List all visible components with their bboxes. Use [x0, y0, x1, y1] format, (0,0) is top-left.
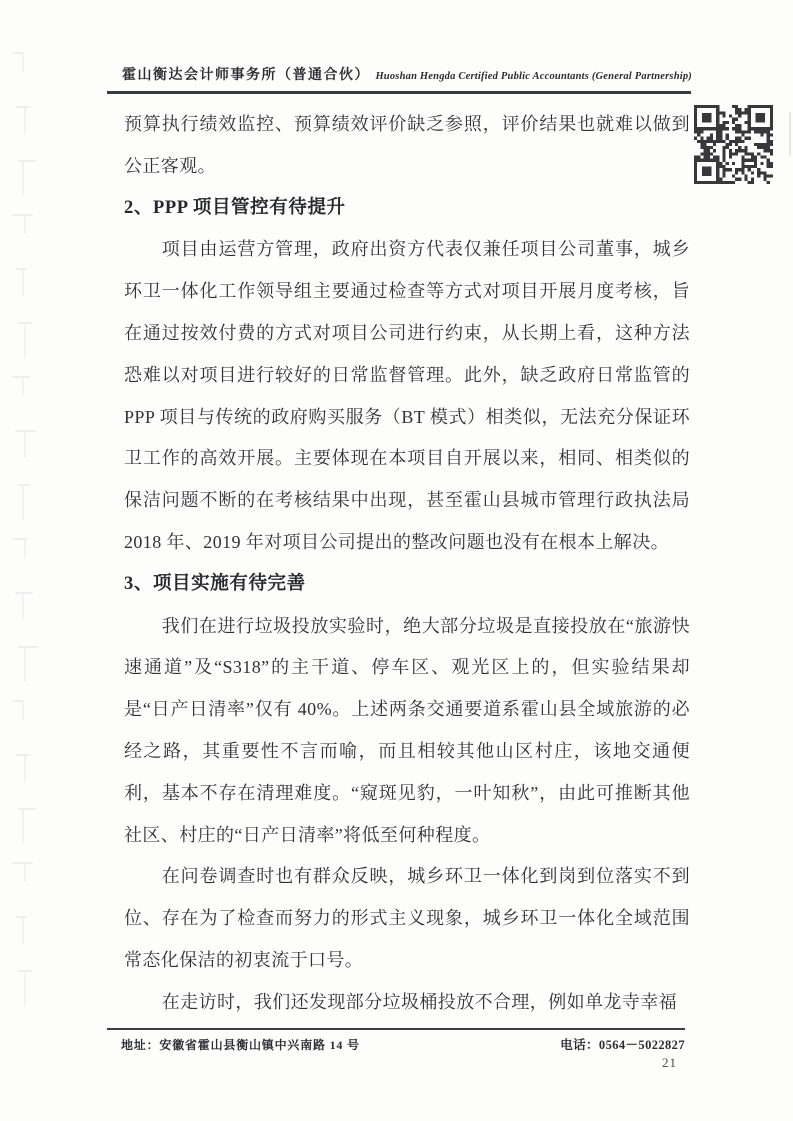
- scan-artifact: [15, 430, 36, 432]
- qr-code-icon: [694, 104, 773, 185]
- paragraph: 项目由运营方管理，政府出资方代表仅兼任项目公司董事，城乡环卫一体化工作领导组主要…: [124, 229, 690, 563]
- scan-artifact: [12, 700, 24, 702]
- scan-artifact: [22, 486, 24, 520]
- scan-artifact: [22, 54, 24, 72]
- scan-artifact: [22, 162, 24, 196]
- scan-artifact: [24, 972, 26, 1006]
- scan-artifact: [18, 808, 36, 810]
- scan-artifact: [22, 594, 24, 620]
- scan-artifact: [24, 324, 26, 358]
- scan-artifact: [22, 702, 24, 720]
- footer-rule: [107, 1028, 685, 1030]
- scan-artifact: [15, 106, 30, 108]
- scan-artifact: [15, 592, 33, 594]
- scan-artifact: [18, 970, 33, 972]
- scan-artifact: [24, 216, 26, 234]
- scan-artifact: [15, 268, 27, 270]
- paragraph: 我们在进行垃圾投放实验时，绝大部分垃圾是直接投放在“旅游快速通道”及“S318”…: [124, 606, 690, 857]
- company-name-cn: 霍山衡达会计师事务所（普通合伙）: [122, 64, 370, 84]
- page-number: 21: [662, 1055, 677, 1071]
- scan-artifact: [12, 538, 27, 540]
- paragraph-continuation: 预算执行绩效监控、预算绩效评价缺乏参照，评价结果也就难以做到公正客观。: [124, 104, 690, 188]
- company-name-en: Huoshan Hengda Certified Public Accounta…: [375, 71, 692, 82]
- scan-artifact: [22, 918, 24, 944]
- scan-artifact: [22, 810, 24, 844]
- scan-artifact: [24, 864, 26, 882]
- scan-artifact: [789, 112, 791, 156]
- scan-artifact: [18, 160, 36, 162]
- scan-artifact: [22, 270, 24, 296]
- letterhead: 霍山衡达会计师事务所（普通合伙） Huoshan Hengda Certifie…: [122, 64, 692, 84]
- scan-artifact: [15, 916, 27, 918]
- section-heading-3: 3、项目实施有待完善: [124, 564, 690, 606]
- scan-artifact: [12, 52, 24, 54]
- section-heading-2: 2、PPP 项目管控有待提升: [124, 188, 690, 230]
- document-page: 霍山衡达会计师事务所（普通合伙） Huoshan Hengda Certifie…: [0, 0, 793, 1121]
- footer-address: 地址：安徽省霍山县衡山镇中兴南路 14 号: [121, 1036, 360, 1053]
- paragraph: 在走访时，我们还发现部分垃圾桶投放不合理，例如单龙寺幸福: [124, 982, 690, 1024]
- footer: 地址：安徽省霍山县衡山镇中兴南路 14 号 电话：0564－5022827: [121, 1035, 685, 1053]
- scan-artifact: [24, 432, 26, 458]
- scan-artifact: [24, 108, 26, 134]
- header-rule: [107, 91, 691, 94]
- scan-artifact: [12, 376, 30, 378]
- scan-artifact: [24, 540, 26, 558]
- scan-artifact: [24, 756, 26, 782]
- document-body: 预算执行绩效监控、预算绩效评价缺乏参照，评价结果也就难以做到公正客观。 2、PP…: [124, 104, 690, 1024]
- footer-phone: 电话：0564－5022827: [560, 1035, 685, 1053]
- scan-artifact: [18, 322, 33, 324]
- scan-artifact: [22, 378, 24, 396]
- scan-artifact: [12, 862, 33, 864]
- scan-artifact: [18, 484, 30, 486]
- paragraph: 在问卷调查时也有群众反映，城乡环卫一体化到岗到位落实不到位、存在为了检查而努力的…: [124, 856, 690, 981]
- scan-artifact: [12, 214, 33, 216]
- scan-artifact: [24, 648, 26, 682]
- scan-artifact: [18, 646, 39, 648]
- scan-artifact: [15, 754, 30, 756]
